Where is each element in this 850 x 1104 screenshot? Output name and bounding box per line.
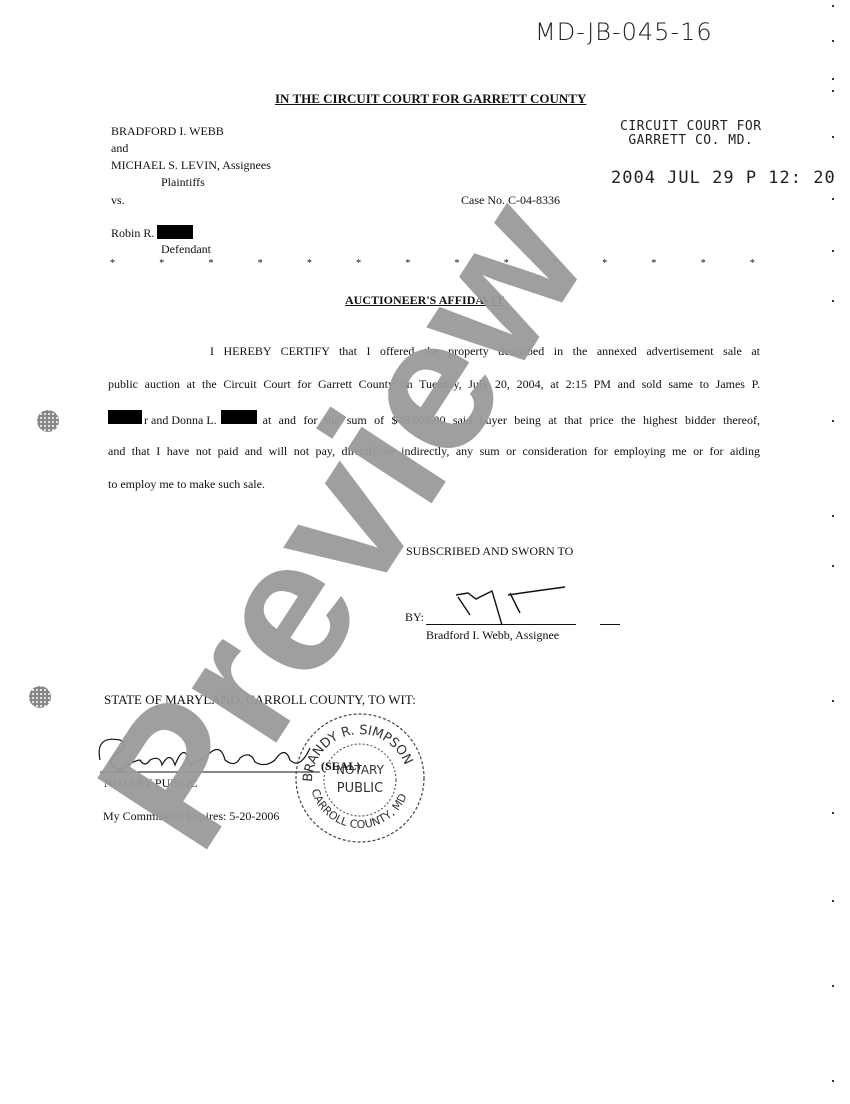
scan-artifact — [832, 900, 834, 902]
scan-artifact — [832, 700, 834, 702]
star: * — [602, 258, 607, 269]
star: * — [159, 258, 164, 269]
star: * — [110, 258, 115, 269]
star: * — [455, 258, 460, 269]
scan-artifact — [832, 5, 834, 7]
scan-artifact — [832, 250, 834, 252]
plaintiff-1: BRADFORD I. WEBB — [111, 124, 224, 139]
separator-stars: * * * * * * * * * * * * * * — [110, 258, 755, 269]
body-line-2: public auction at the Circuit Court for … — [108, 377, 760, 392]
signature-webb — [440, 585, 570, 630]
star: * — [356, 258, 361, 269]
seal-center-1: NOTARY — [336, 763, 385, 777]
defendant-line: Robin R. — [111, 225, 193, 241]
filing-stamp-date: 2004 JUL 29 P 12: 20 — [611, 168, 836, 188]
sworn-heading: SUBSCRIBED AND SWORN TO — [406, 544, 573, 559]
stamp-line-2: GARRETT CO. MD. — [620, 134, 762, 148]
scan-artifact — [832, 136, 834, 138]
scan-artifact — [832, 420, 834, 422]
court-heading: IN THE CIRCUIT COURT FOR GARRETT COUNTY — [275, 91, 586, 107]
seal-center-2: PUBLIC — [337, 781, 383, 796]
star: * — [750, 258, 755, 269]
body-line-3: r and Donna L. at and for the sum of $48… — [108, 410, 760, 428]
conjunction: and — [111, 141, 128, 156]
affidavit-title: AUCTIONEER'S AFFIDAVIT — [345, 293, 504, 308]
notary-title: NOTARY PUBLIC — [104, 776, 198, 791]
scan-artifact — [832, 90, 834, 92]
plaintiff-2: MICHAEL S. LEVIN, Assignees — [111, 158, 271, 173]
signature-line-tail — [600, 624, 620, 625]
notary-venue: STATE OF MARYLAND, CARROLL COUNTY, TO WI… — [104, 692, 416, 708]
body-line-5: to employ me to make such sale. — [108, 477, 265, 492]
redaction-bar — [221, 410, 257, 424]
scan-artifact — [832, 300, 834, 302]
star: * — [553, 258, 558, 269]
notary-seal: BRANDY R. SIMPSON CARROLL COUNTY, MD NOT… — [290, 712, 430, 844]
redaction-bar — [108, 410, 142, 424]
punch-hole — [37, 410, 59, 432]
versus: vs. — [111, 193, 125, 208]
scan-artifact — [832, 198, 834, 200]
body-line-3-a: r and Donna L. — [144, 413, 217, 428]
star: * — [701, 258, 706, 269]
star: * — [307, 258, 312, 269]
star: * — [405, 258, 410, 269]
signer-name: Bradford I. Webb, Assignee — [426, 628, 559, 643]
punch-hole — [29, 686, 51, 708]
star: * — [504, 258, 509, 269]
defendant-name: Robin R. — [111, 226, 154, 240]
notary-signature — [90, 730, 320, 780]
plaintiff-role: Plaintiffs — [161, 175, 205, 190]
scan-artifact — [832, 515, 834, 517]
scan-artifact — [832, 1080, 834, 1082]
body-line-3-b: at and for the sum of $48,000.00 said bu… — [263, 413, 760, 428]
star: * — [208, 258, 213, 269]
body-line-1: I HEREBY CERTIFY that I offered the prop… — [210, 344, 760, 359]
scan-artifact — [832, 812, 834, 814]
scan-artifact — [832, 565, 834, 567]
defendant-role: Defendant — [161, 242, 211, 257]
handwritten-reference: MD-JB-045-16 — [535, 18, 713, 46]
redaction-bar — [157, 225, 193, 239]
body-line-4: and that I have not paid and will not pa… — [108, 444, 760, 459]
by-label: BY: — [405, 610, 424, 625]
scan-artifact — [832, 985, 834, 987]
case-number: Case No. C-04-8336 — [461, 193, 560, 208]
scan-artifact — [832, 40, 834, 42]
stamp-line-1: CIRCUIT COURT FOR — [620, 120, 762, 134]
star: * — [258, 258, 263, 269]
scan-artifact — [832, 78, 834, 80]
star: * — [651, 258, 656, 269]
commission-expiry: My Commission Expires: 5-20-2006 — [103, 809, 279, 824]
filing-stamp: CIRCUIT COURT FOR GARRETT CO. MD. — [620, 120, 762, 148]
